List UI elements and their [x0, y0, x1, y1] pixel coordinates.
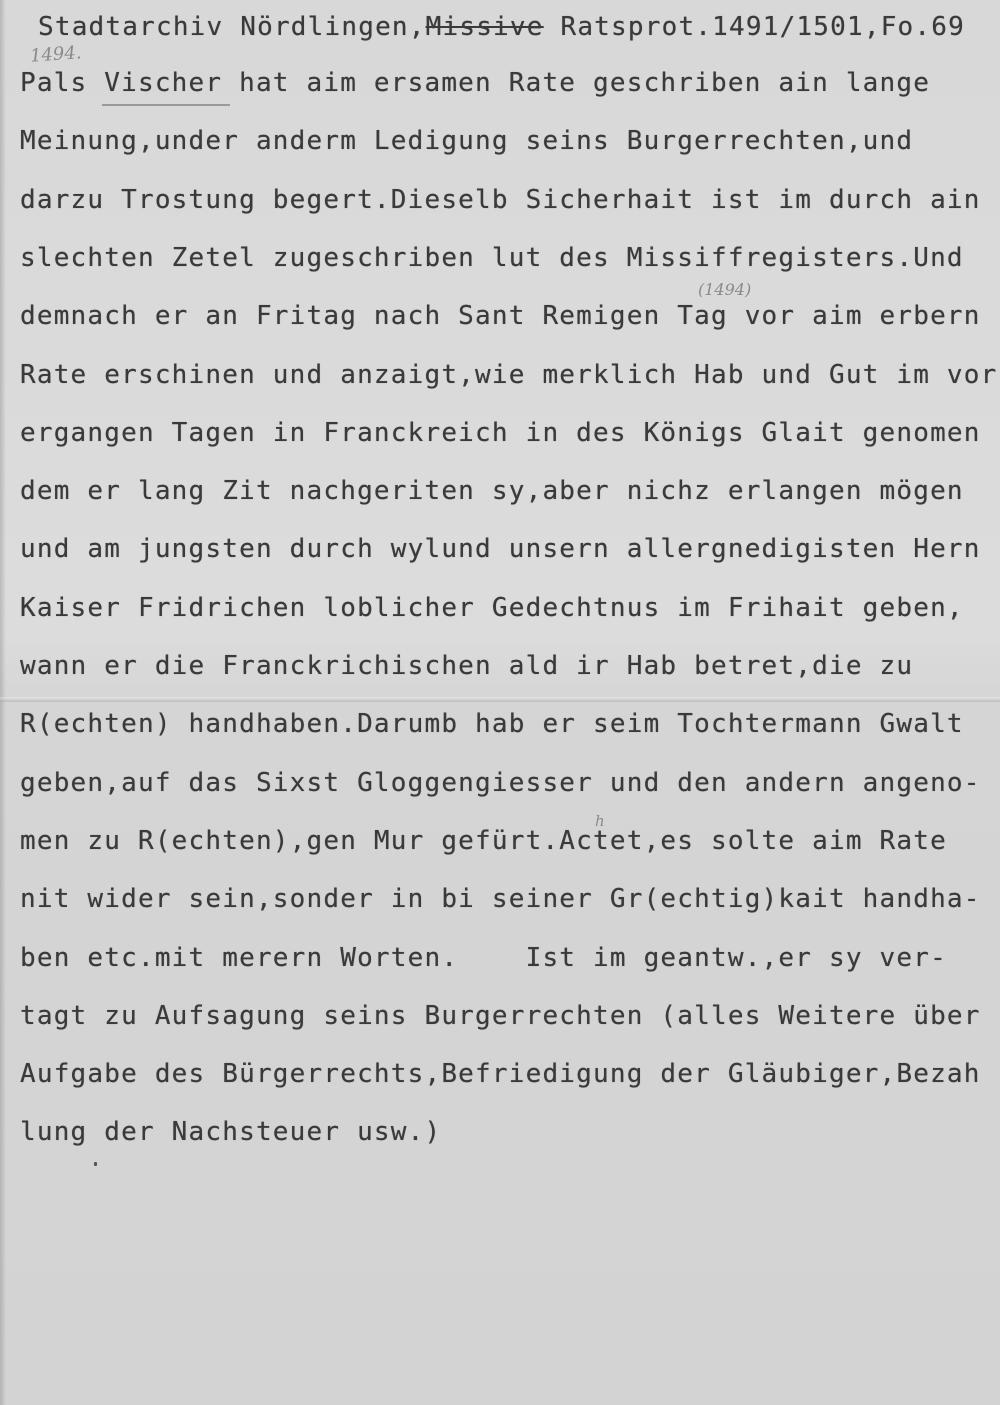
- text-line: Kaiser Fridrichen loblicher Gedechtnus i…: [20, 593, 964, 623]
- text-line: Meinung,under anderm Ledigung seins Burg…: [20, 126, 913, 156]
- margin-year-annotation: 1494.: [29, 42, 82, 67]
- text-line: geben,auf das Sixst Gloggengiesser und d…: [20, 768, 981, 798]
- text-line: lung der Nachsteuer usw.): [20, 1117, 441, 1147]
- page-edge: [0, 0, 6, 1405]
- archive-header: Stadtarchiv Nördlingen,Missive Ratsprot.…: [38, 12, 965, 42]
- text-line: Pals Vischer hat aim ersamen Rate geschr…: [20, 68, 930, 98]
- header-struck-word: Missive: [426, 12, 544, 42]
- paper-speck: [94, 1162, 97, 1166]
- text-line: darzu Trostung begert.Dieselb Sicherhait…: [20, 185, 981, 215]
- text-line: demnach er an Fritag nach Sant Remigen T…: [20, 301, 981, 331]
- document-page: Stadtarchiv Nördlingen,Missive Ratsprot.…: [0, 0, 1000, 1405]
- text-line: und am jungsten durch wylund unsern alle…: [20, 534, 981, 564]
- text-line: Rate erschinen und anzaigt,wie merklich …: [20, 360, 998, 390]
- header-reference: Ratsprot.1491/1501,Fo.69: [544, 12, 965, 42]
- text-line: ben etc.mit merern Worten. Ist im geantw…: [20, 943, 947, 973]
- paper-fold: [0, 697, 1000, 702]
- text-line: R(echten) handhaben.Darumb hab er seim T…: [20, 709, 964, 739]
- inline-year-annotation: (1494): [698, 280, 751, 299]
- text-line: ergangen Tagen in Franckreich in des Kön…: [20, 418, 981, 448]
- text-line: nit wider sein,sonder in bi seiner Gr(ec…: [20, 884, 981, 914]
- text-line: men zu R(echten),gen Mur gefürt.Actet,es…: [20, 826, 947, 856]
- text-line: wann er die Franckrichischen ald ir Hab …: [20, 651, 913, 681]
- header-source: Stadtarchiv Nördlingen,: [38, 12, 426, 42]
- text-line: dem er lang Zit nachgeriten sy,aber nich…: [20, 476, 964, 506]
- text-line: tagt zu Aufsagung seins Burgerrechten (a…: [20, 1001, 981, 1031]
- name-underline: [102, 104, 230, 106]
- text-line: slechten Zetel zugeschriben lut des Miss…: [20, 243, 964, 273]
- text-line: Aufgabe des Bürgerrechts,Befriedigung de…: [20, 1059, 981, 1089]
